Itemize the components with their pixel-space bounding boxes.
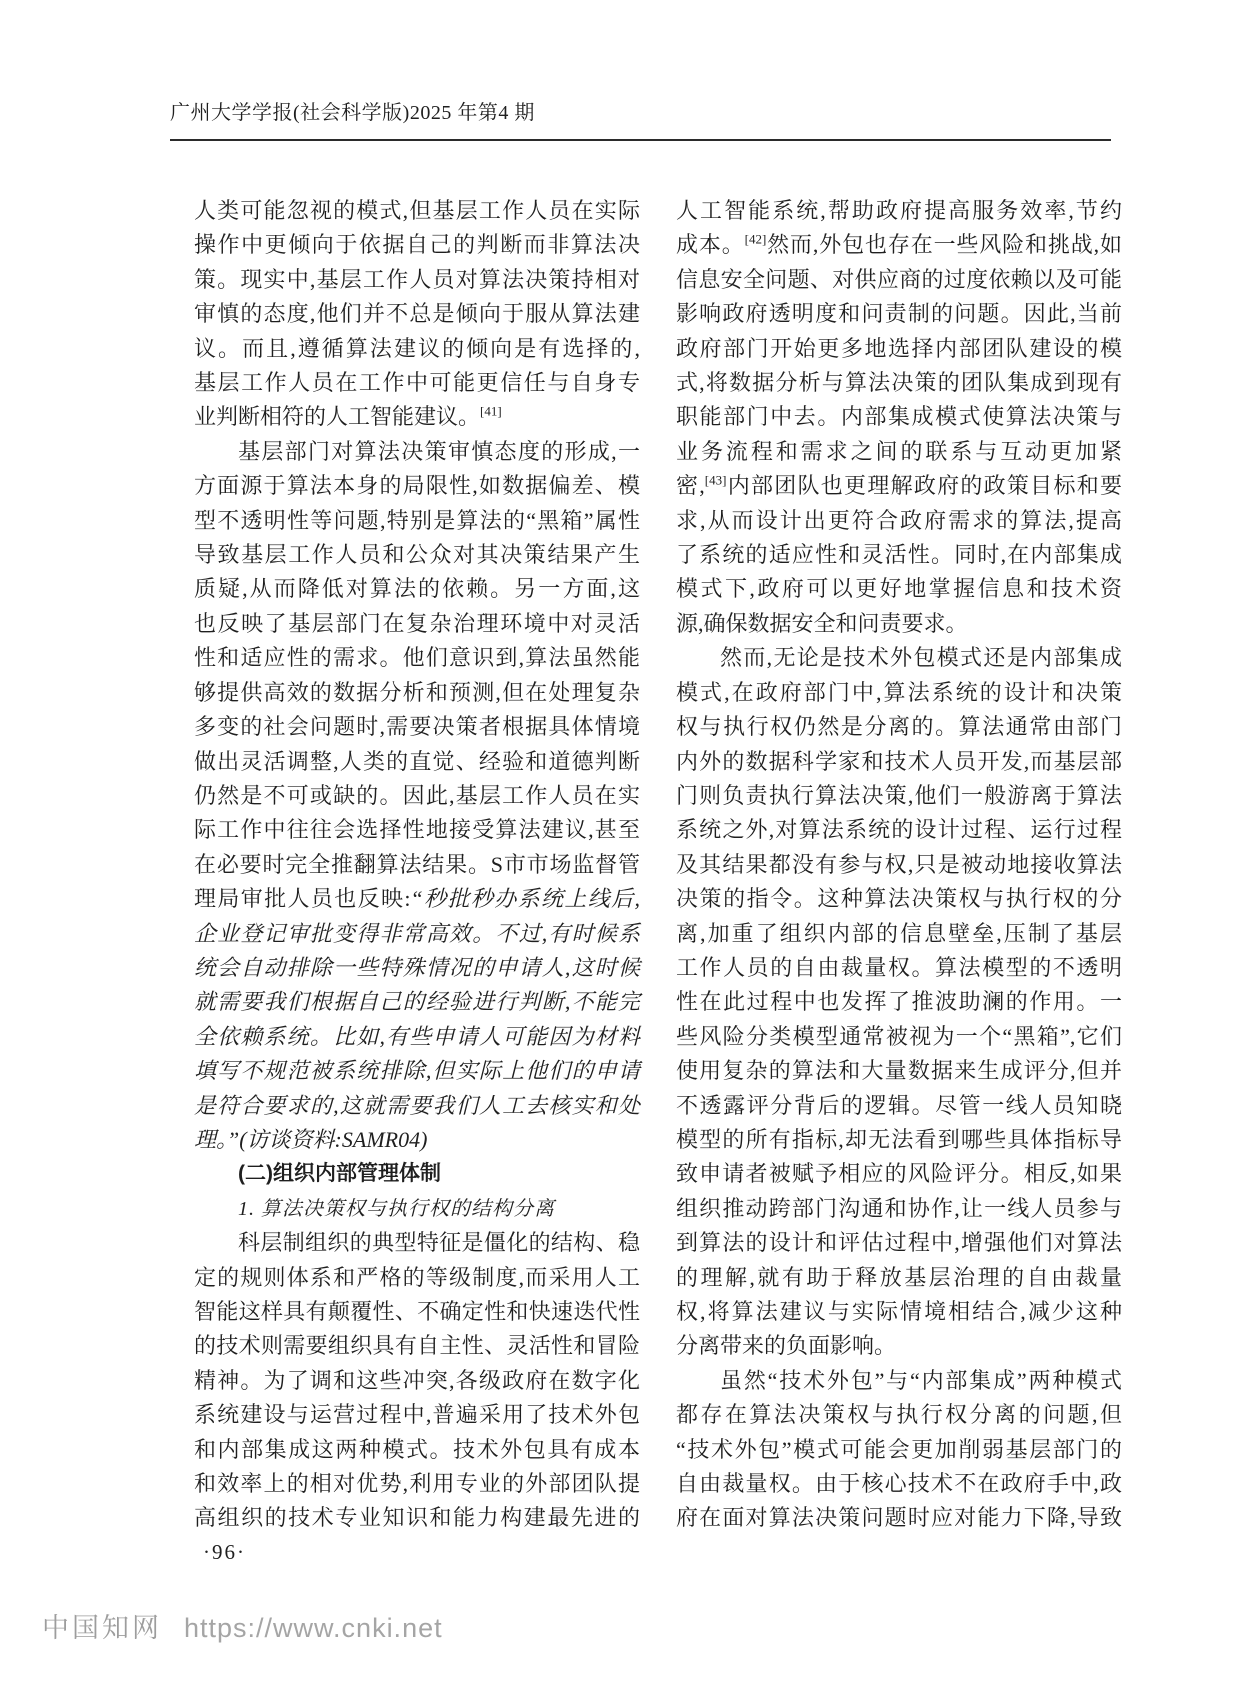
document-page: 广州大学学报(社会科学版)2025 年第4 期 人类可能忽视的模式,但基层工作人… bbox=[0, 0, 1240, 1683]
text-line: 决策的指令。这种算法决策权与执行权的分 bbox=[676, 882, 1122, 916]
text-line: 到算法的设计和评估过程中,增强他们对算法 bbox=[676, 1226, 1122, 1260]
cnki-watermark: 中国知网 https://www.cnki.net bbox=[42, 1606, 443, 1645]
footnote-reference: [41] bbox=[480, 404, 502, 419]
footnote-reference: [43] bbox=[705, 473, 727, 488]
page-number: ·96· bbox=[203, 1540, 246, 1565]
text-line: 议。而且,遵循算法建议的倾向是有选择的, bbox=[194, 332, 640, 366]
quote-line: 就需要我们根据自己的经验进行判断,不能完 bbox=[194, 985, 640, 1019]
text-line: 高组织的技术专业知识和能力构建最先进的 bbox=[194, 1501, 640, 1535]
text-line: 影响政府透明度和问责制的问题。因此,当前 bbox=[676, 297, 1122, 331]
text-line: 门则负责执行算法决策,他们一般游离于算法 bbox=[676, 779, 1122, 813]
text-line: 业判断相符的人工智能建议。[41] bbox=[194, 400, 640, 434]
quote-line: 填写不规范被系统排除,但实际上他们的申请 bbox=[194, 1054, 640, 1088]
text-line: 精神。为了调和这些冲突,各级政府在数字化 bbox=[194, 1364, 640, 1398]
text-line: 密,[43]内部团队也更理解政府的政策目标和要 bbox=[676, 469, 1122, 503]
left-column: 人类可能忽视的模式,但基层工作人员在实际操作中更倾向于依据自己的判断而非算法决策… bbox=[194, 194, 640, 1536]
cnki-watermark-url: https://www.cnki.net bbox=[184, 1613, 443, 1644]
text-line: 些风险分类模型通常被视为一个“黑箱”,它们 bbox=[676, 1020, 1122, 1054]
text-line: 分离带来的负面影响。 bbox=[676, 1329, 1122, 1363]
text-line: 式,将数据分析与算法决策的团队集成到现有 bbox=[676, 366, 1122, 400]
text-line: “技术外包”模式可能会更加削弱基层部门的 bbox=[676, 1433, 1122, 1467]
text-line: 及其结果都没有参与权,只是被动地接收算法 bbox=[676, 848, 1122, 882]
footnote-reference: [42] bbox=[745, 232, 767, 247]
text-line: 信息安全问题、对供应商的过度依赖以及可能 bbox=[676, 263, 1122, 297]
text-line: 政府部门开始更多地选择内部团队建设的模 bbox=[676, 332, 1122, 366]
text-line: 虽然“技术外包”与“内部集成”两种模式 bbox=[676, 1364, 1122, 1398]
text-line: 科层制组织的典型特征是僵化的结构、稳 bbox=[194, 1226, 640, 1260]
quote-line: 统会自动排除一些特殊情况的申请人,这时候 bbox=[194, 951, 640, 985]
cnki-watermark-name: 中国知网 bbox=[42, 1606, 162, 1645]
text-line: 基层部门对算法决策审慎态度的形成,一 bbox=[194, 435, 640, 469]
text-line: 模式下,政府可以更好地掌握信息和技术资 bbox=[676, 572, 1122, 606]
text-line: 自由裁量权。由于核心技术不在政府手中,政 bbox=[676, 1467, 1122, 1501]
text-line: 使用复杂的算法和大量数据来生成评分,但并 bbox=[676, 1054, 1122, 1088]
text-line: 系统之外,对算法系统的设计过程、运行过程 bbox=[676, 813, 1122, 847]
text-line: 业务流程和需求之间的联系与互动更加紧 bbox=[676, 435, 1122, 469]
text-line: 基层工作人员在工作中可能更信任与自身专 bbox=[194, 366, 640, 400]
text-line: 做出灵活调整,人类的直觉、经验和道德判断 bbox=[194, 745, 640, 779]
text-line: 权与执行权仍然是分离的。算法通常由部门 bbox=[676, 710, 1122, 744]
text-line: 不透露评分背后的逻辑。尽管一线人员知晓 bbox=[676, 1089, 1122, 1123]
text-line: 理局审批人员也反映:“秒批秒办系统上线后, bbox=[194, 882, 640, 916]
text-line: 审慎的态度,他们并不总是倾向于服从算法建 bbox=[194, 297, 640, 331]
text-line: 性在此过程中也发挥了推波助澜的作用。一 bbox=[676, 985, 1122, 1019]
text-line: 模型的所有指标,却无法看到哪些具体指标导 bbox=[676, 1123, 1122, 1157]
text-line: 都存在算法决策权与执行权分离的问题,但 bbox=[676, 1398, 1122, 1432]
text-line: 导致基层工作人员和公众对其决策结果产生 bbox=[194, 538, 640, 572]
text-line: 的技术则需要组织具有自主性、灵活性和冒险 bbox=[194, 1329, 640, 1363]
text-line: 在必要时完全推翻算法结果。S市市场监督管 bbox=[194, 848, 640, 882]
subsection-heading: 1. 算法决策权与执行权的结构分离 bbox=[194, 1192, 640, 1226]
text-line: 仍然是不可或缺的。因此,基层工作人员在实 bbox=[194, 779, 640, 813]
text-line: 模式,在政府部门中,算法系统的设计和决策 bbox=[676, 676, 1122, 710]
quote-line: 是符合要求的,这就需要我们人工去核实和处 bbox=[194, 1089, 640, 1123]
section-heading: (二)组织内部管理体制 bbox=[194, 1157, 640, 1191]
text-line: 人工智能系统,帮助政府提高服务效率,节约 bbox=[676, 194, 1122, 228]
text-line: 源,确保数据安全和问责要求。 bbox=[676, 607, 1122, 641]
text-line: 定的规则体系和严格的等级制度,而采用人工 bbox=[194, 1261, 640, 1295]
text-line: 人类可能忽视的模式,但基层工作人员在实际 bbox=[194, 194, 640, 228]
text-line: 权,将算法建议与实际情境相结合,减少这种 bbox=[676, 1295, 1122, 1329]
text-line: 智能这样具有颠覆性、不确定性和快速迭代性 bbox=[194, 1295, 640, 1329]
text-line: 和效率上的相对优势,利用专业的外部团队提 bbox=[194, 1467, 640, 1501]
text-line: 致申请者被赋予相应的风险评分。相反,如果 bbox=[676, 1157, 1122, 1191]
text-line: 方面源于算法本身的局限性,如数据偏差、模 bbox=[194, 469, 640, 503]
text-line: 然而,无论是技术外包模式还是内部集成 bbox=[676, 641, 1122, 675]
header-rule bbox=[170, 139, 1111, 141]
text-line: 型不透明性等问题,特别是算法的“黑箱”属性 bbox=[194, 504, 640, 538]
text-line: 性和适应性的需求。他们意识到,算法虽然能 bbox=[194, 641, 640, 675]
text-line: 府在面对算法决策问题时应对能力下降,导致 bbox=[676, 1501, 1122, 1535]
text-line: 工作人员的自由裁量权。算法模型的不透明 bbox=[676, 951, 1122, 985]
quote-line: 全依赖系统。比如,有些申请人可能因为材料 bbox=[194, 1020, 640, 1054]
text-line: 够提供高效的数据分析和预测,但在处理复杂 bbox=[194, 676, 640, 710]
journal-header: 广州大学学报(社会科学版)2025 年第4 期 bbox=[170, 96, 535, 125]
text-line: 了系统的适应性和灵活性。同时,在内部集成 bbox=[676, 538, 1122, 572]
text-line: 内外的数据科学家和技术人员开发,而基层部 bbox=[676, 745, 1122, 779]
text-line: 组织推动跨部门沟通和协作,让一线人员参与 bbox=[676, 1192, 1122, 1226]
text-line: 操作中更倾向于依据自己的判断而非算法决 bbox=[194, 228, 640, 262]
text-line: 系统建设与运营过程中,普遍采用了技术外包 bbox=[194, 1398, 640, 1432]
text-line: 质疑,从而降低对算法的依赖。另一方面,这 bbox=[194, 572, 640, 606]
text-line: 也反映了基层部门在复杂治理环境中对灵活 bbox=[194, 607, 640, 641]
text-line: 多变的社会问题时,需要决策者根据具体情境 bbox=[194, 710, 640, 744]
quote-line: 企业登记审批变得非常高效。不过,有时候系 bbox=[194, 917, 640, 951]
quote-line: 理。”(访谈资料:SAMR04) bbox=[194, 1123, 640, 1157]
text-line: 成本。[42]然而,外包也存在一些风险和挑战,如 bbox=[676, 228, 1122, 262]
text-line: 际工作中往往会选择性地接受算法建议,甚至 bbox=[194, 813, 640, 847]
text-line: 求,从而设计出更符合政府需求的算法,提高 bbox=[676, 504, 1122, 538]
right-column: 人工智能系统,帮助政府提高服务效率,节约成本。[42]然而,外包也存在一些风险和… bbox=[676, 194, 1122, 1536]
text-line: 离,加重了组织内部的信息壁垒,压制了基层 bbox=[676, 917, 1122, 951]
text-line: 和内部集成这两种模式。技术外包具有成本 bbox=[194, 1433, 640, 1467]
text-line: 的理解,就有助于释放基层治理的自由裁量 bbox=[676, 1261, 1122, 1295]
text-line: 职能部门中去。内部集成模式使算法决策与 bbox=[676, 400, 1122, 434]
text-line: 策。现实中,基层工作人员对算法决策持相对 bbox=[194, 263, 640, 297]
